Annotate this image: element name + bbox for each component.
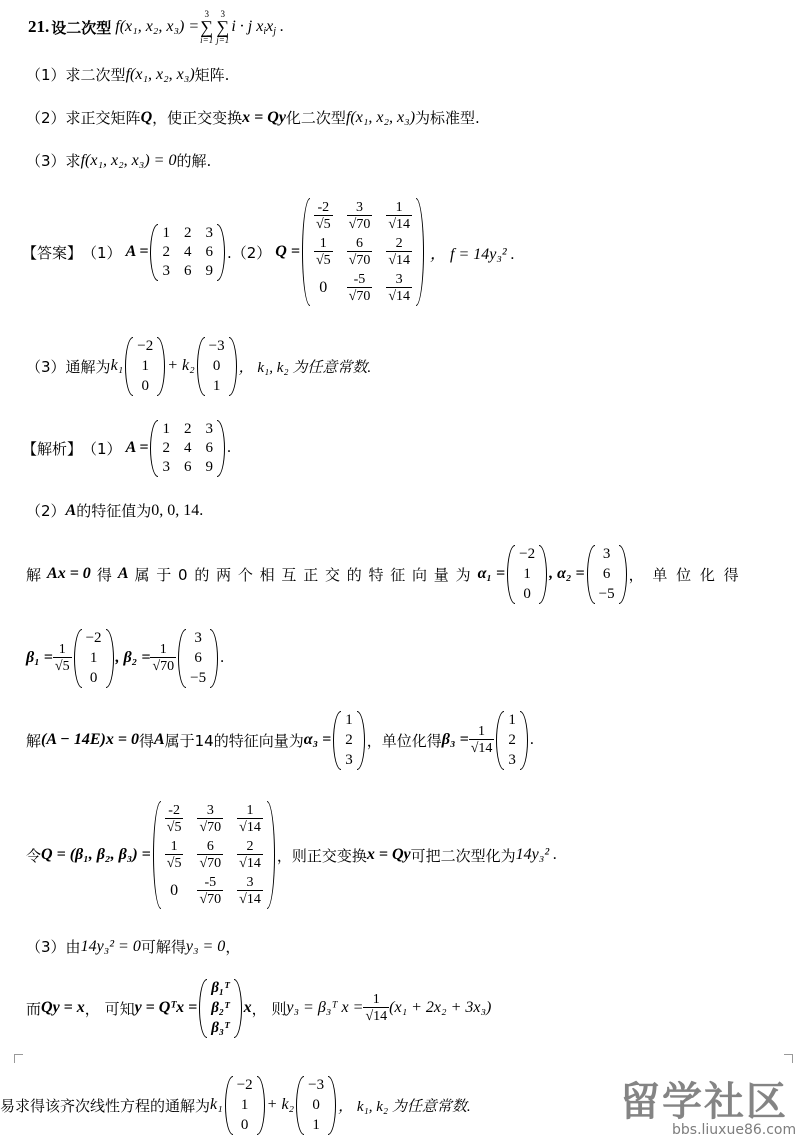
final-vector-2: −301 [296, 1076, 336, 1135]
analysis-part-2-eigen: （2） A 的特征值为 0, 0, 14. [26, 500, 203, 521]
problem-title: 设二次型 [51, 17, 111, 38]
page-corner-mark [14, 1054, 23, 1063]
answer-block: 【答案】 （1） A = 123 246 369 .（2） Q = -2√5 3… [22, 186, 515, 318]
analysis-matrix-Q: -2√5 3√70 1√14 1√5 6√70 2√14 0 -5√70 3√1… [153, 801, 275, 909]
analysis-part-3: （3） 由 14y₃² = 0 可解得 y₃ = 0 ， [26, 936, 240, 957]
sum-i: 3 ∑ i=1 [200, 9, 213, 45]
betaT-vector: β₁ᵀβ₂ᵀβ₃ᵀ [199, 979, 241, 1038]
analysis-solve-zero: 解 Ax = 0 得 A 属 于 0 的 两 个 相 互 正 交 的 特 征 向… [26, 538, 741, 610]
watermark-url: bbs.liuxue86.com [672, 1122, 796, 1138]
analysis-matrix-A: 123 246 369 [150, 420, 225, 477]
analysis-Q-line: 令 Q = (β₁, β₂, β₃) = -2√5 3√70 1√14 1√5 … [26, 788, 557, 922]
beta1-coef: 1√5 [53, 642, 72, 674]
y3-coef: 1√14 [363, 992, 389, 1024]
analysis-beta12: β₁ = 1√5 −210 , β₂ = 1√70 36−5 . [26, 622, 224, 694]
analysis-solve-14: 解 (A − 14E)x = 0 得 A 属于14的特征向量为 α₃ = 123… [26, 704, 534, 776]
alpha1-vector: −210 [507, 545, 547, 604]
answer-matrix-Q: -2√5 3√70 1√14 1√5 6√70 2√14 0 -5√70 3√1… [302, 198, 424, 306]
sum-j: 3 ∑ j=1 [216, 9, 229, 45]
alpha2-vector: 36−5 [587, 545, 627, 604]
watermark-logo: 留学社区 [620, 1070, 788, 1127]
problem-part-1: （1） 求二次型 f(x₁, x₂, x₃) 矩阵. [26, 64, 229, 85]
analysis-final-line: 易求得该齐次线性方程的通解为 k₁ −210 + k₂ −301 ， k₁, k… [0, 1070, 471, 1140]
analysis-part-1: 【解析】 （1） A = 123 246 369 . [22, 412, 231, 484]
problem-part-3: （3） 求 f(x₁, x₂, x₃) = 0 的解. [26, 150, 211, 171]
final-vector-1: −210 [225, 1076, 265, 1135]
page-corner-mark [784, 1054, 793, 1063]
answer-part-3: （3） 通解为 k₁ −210 + k₂ −301 ， k₁, k₂ 为任意常数… [26, 330, 371, 402]
analysis-tag: 【解析】 [22, 438, 82, 459]
answer-tag: 【答案】 [22, 242, 82, 263]
beta1-vector: −210 [74, 629, 114, 688]
problem-part-2: （2） 求正交矩阵 Q ，使正交变换 x = Qy 化二次型 f(x₁, x₂,… [26, 107, 480, 128]
beta2-coef: 1√70 [150, 642, 176, 674]
beta3-vector: 123 [496, 711, 528, 770]
answer-vector-2: −301 [197, 337, 237, 396]
answer-vector-1: −210 [125, 337, 165, 396]
problem-func: f(x₁, x₂, x₃) = [115, 18, 199, 36]
beta3-coef: 1√14 [469, 724, 495, 756]
answer-matrix-A: 123 246 369 [150, 224, 225, 281]
beta2-vector: 36−5 [178, 629, 218, 688]
problem-number: 21. [28, 17, 49, 37]
problem-header: 21. 设二次型 f(x₁, x₂, x₃) = 3 ∑ i=1 3 ∑ j=1… [28, 10, 284, 44]
alpha3-vector: 123 [333, 711, 365, 770]
analysis-Qy-line: 而 Qy = x ， 可知 y = Qᵀx = β₁ᵀβ₂ᵀβ₃ᵀ x ， 则 … [26, 970, 491, 1046]
sum-body: i · j xixj . [231, 18, 284, 37]
